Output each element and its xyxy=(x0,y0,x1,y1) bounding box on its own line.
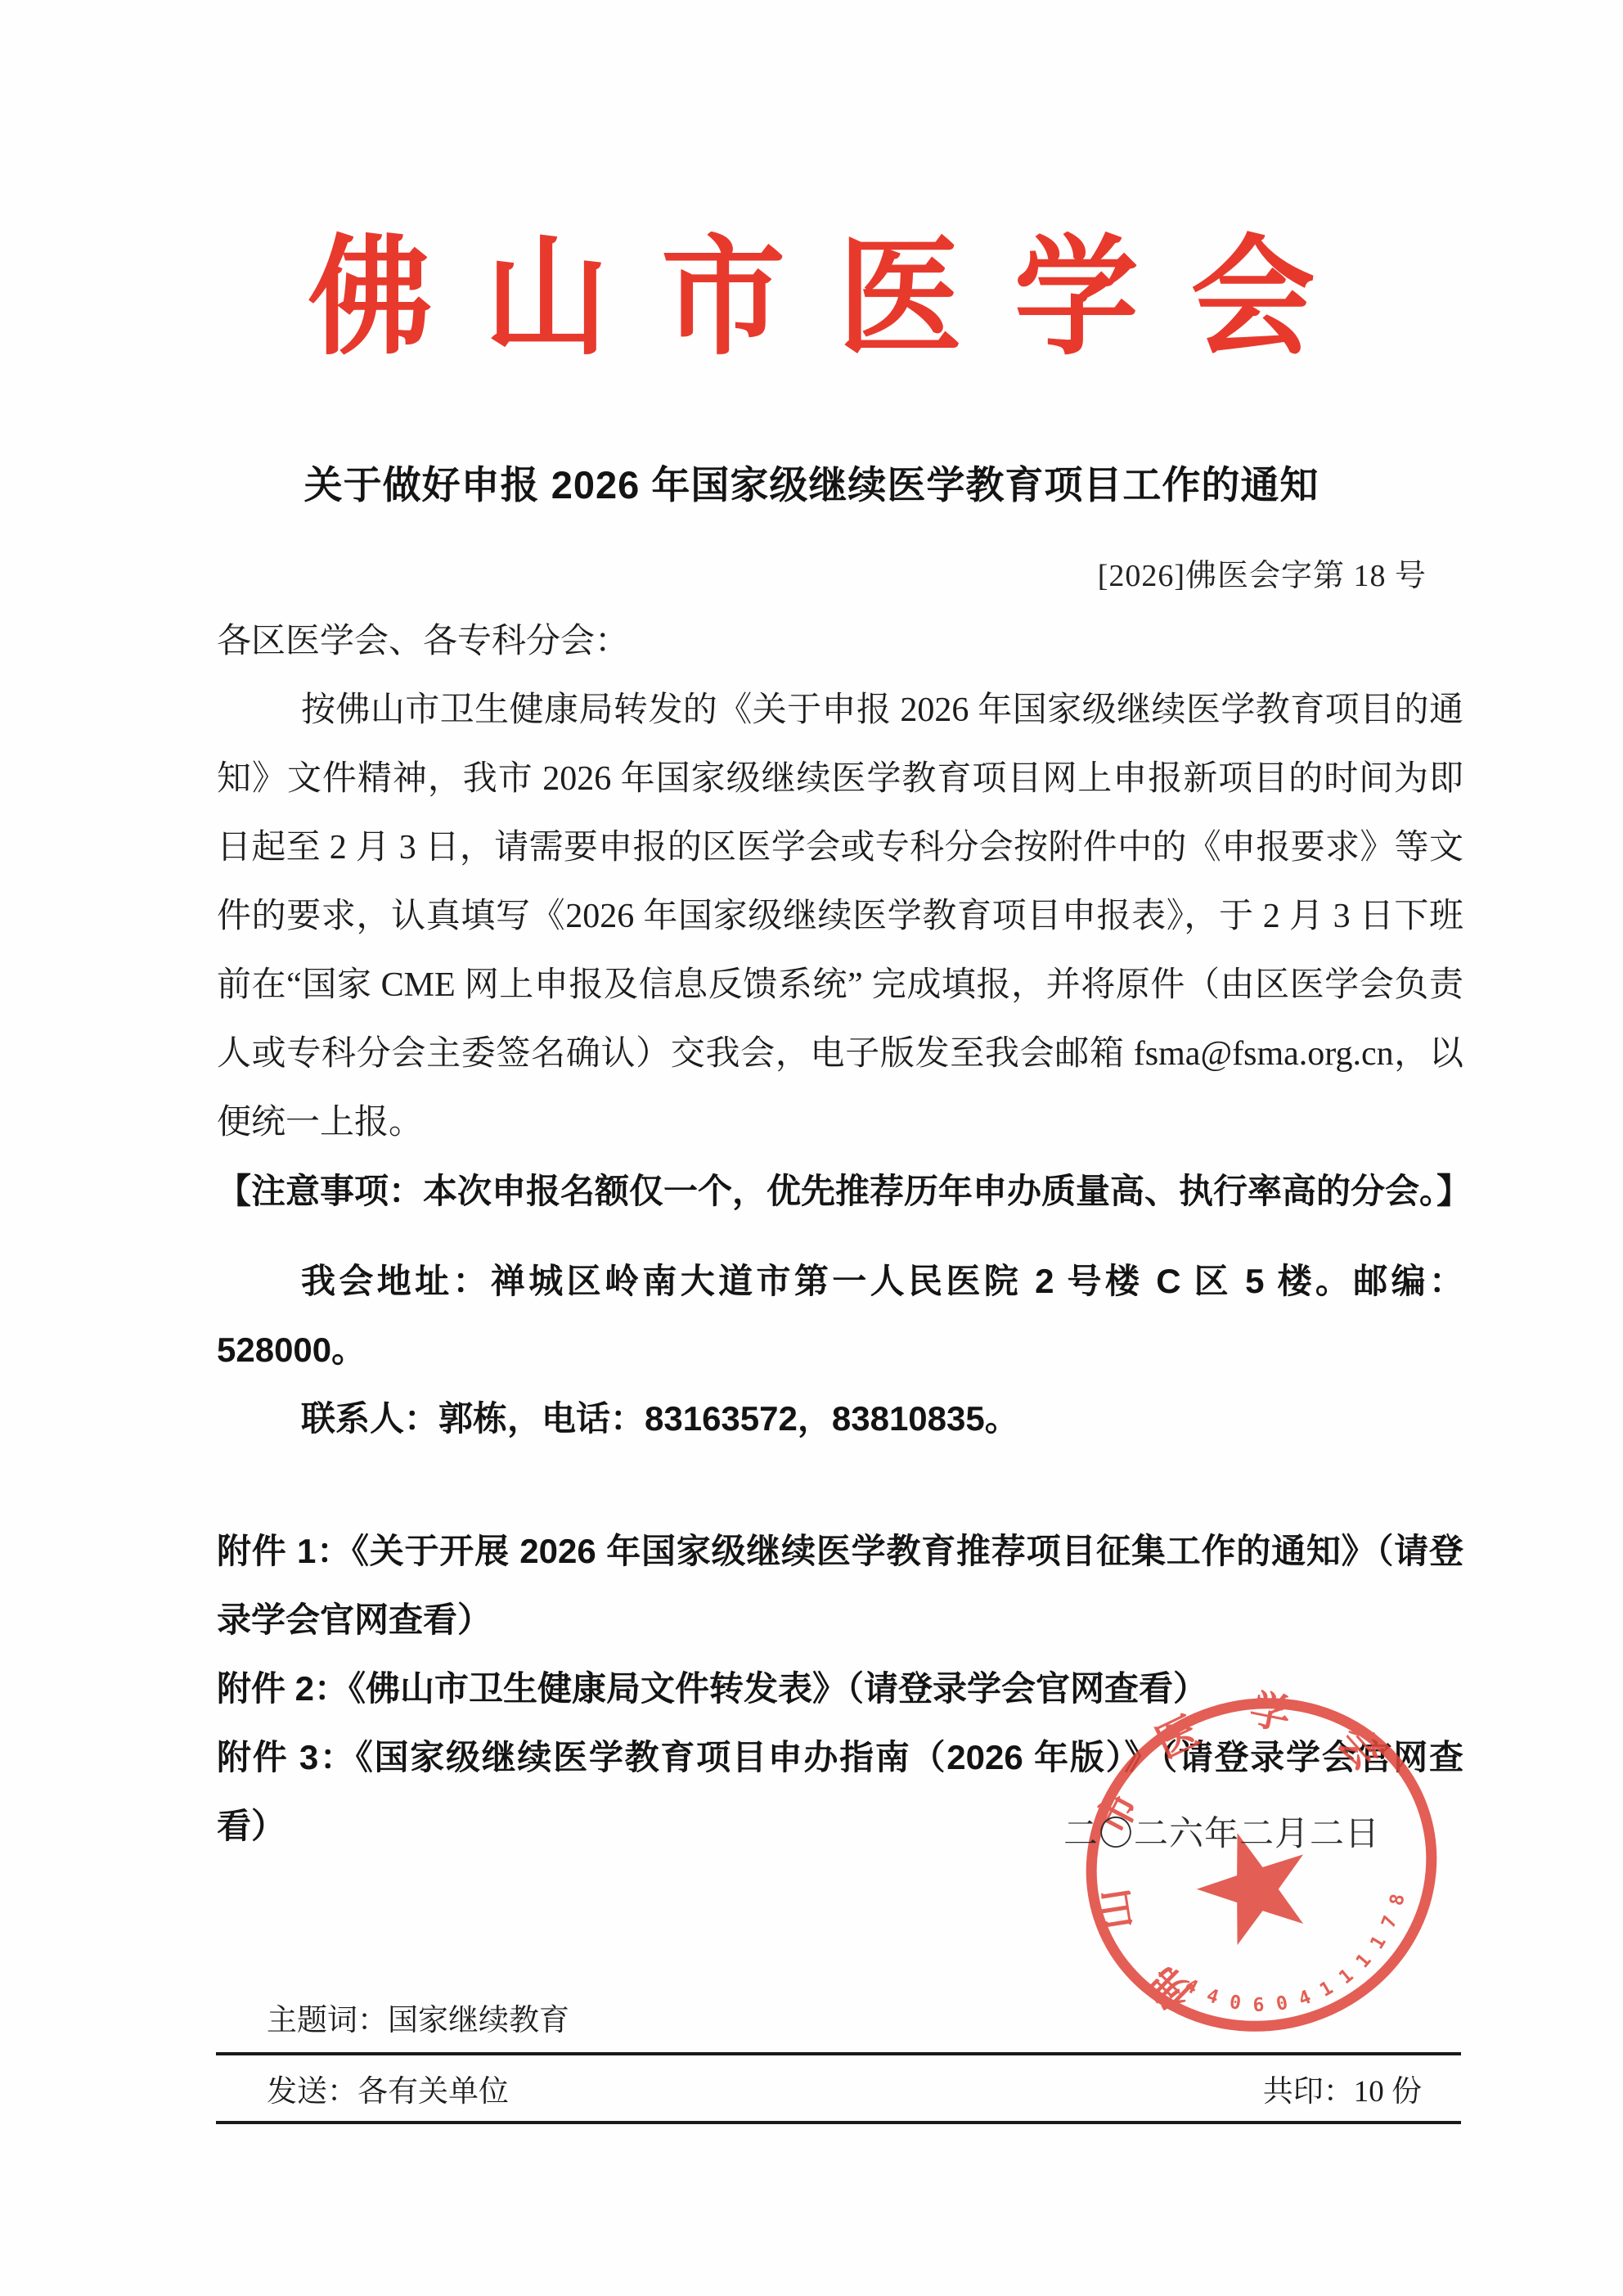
distribution-row: 发送：各有关单位 共印：10 份 xyxy=(216,2055,1461,2124)
attachment-item-1: 附件 1：《关于开展 2026 年国家级继续医学教育推荐项目征集工作的通知》（请… xyxy=(217,1517,1463,1654)
copies-label: 共印： xyxy=(1263,2075,1354,2109)
contact-line: 联系人：郭栋，电话：83163572，83810835。 xyxy=(217,1384,1463,1453)
notice-line: 【注意事项：本次申报名额仅一个，优先推荐历年申办质量高、执行率高的分会。】 xyxy=(217,1157,1463,1226)
doc-body: 各区医学会、各专科分会： 按佛山市卫生健康局转发的《关于申报 2026 年国家级… xyxy=(217,607,1463,1861)
send-cell: 发送：各有关单位 xyxy=(267,2066,509,2110)
send-value: 各有关单位 xyxy=(357,2075,509,2109)
doc-reference-number: [2026]佛医会字第 18 号 xyxy=(1098,550,1427,595)
address-line: 我会地址：禅城区岭南大道市第一人民医院 2 号楼 C 区 5 楼。邮编：5280… xyxy=(217,1247,1463,1384)
official-seal-stamp: 佛山市医学会 440604111178 xyxy=(1073,1689,1450,2041)
document-page: 佛山市医学会 关于做好申报 2026 年国家级继续医学教育项目工作的通知 [20… xyxy=(0,0,1623,2296)
subject-label: 主题词： xyxy=(267,2004,388,2037)
main-paragraph: 按佛山市卫生健康局转发的《关于申报 2026 年国家级继续医学教育项目的通知》文… xyxy=(217,676,1463,1157)
page-title: 关于做好申报 2026 年国家级继续医学教育项目工作的通知 xyxy=(0,455,1623,510)
seal-org-name: 佛山市医学会 xyxy=(1073,1689,1450,2032)
svg-text:佛山市医学会: 佛山市医学会 xyxy=(1073,1689,1450,2032)
send-label: 发送： xyxy=(267,2075,357,2109)
salutation: 各区医学会、各专科分会： xyxy=(217,607,1463,676)
signature-date: 二〇二六年二月二日 xyxy=(1063,1807,1380,1856)
subject-value: 国家继续教育 xyxy=(388,2004,569,2037)
letterhead-org-name: 佛山市医学会 xyxy=(0,216,1623,378)
contact-block: 我会地址：禅城区岭南大道市第一人民医院 2 号楼 C 区 5 楼。邮编：5280… xyxy=(217,1247,1463,1453)
copies-value: 10 份 xyxy=(1354,2075,1422,2109)
copies-cell: 共印：10 份 xyxy=(1263,2066,1422,2110)
